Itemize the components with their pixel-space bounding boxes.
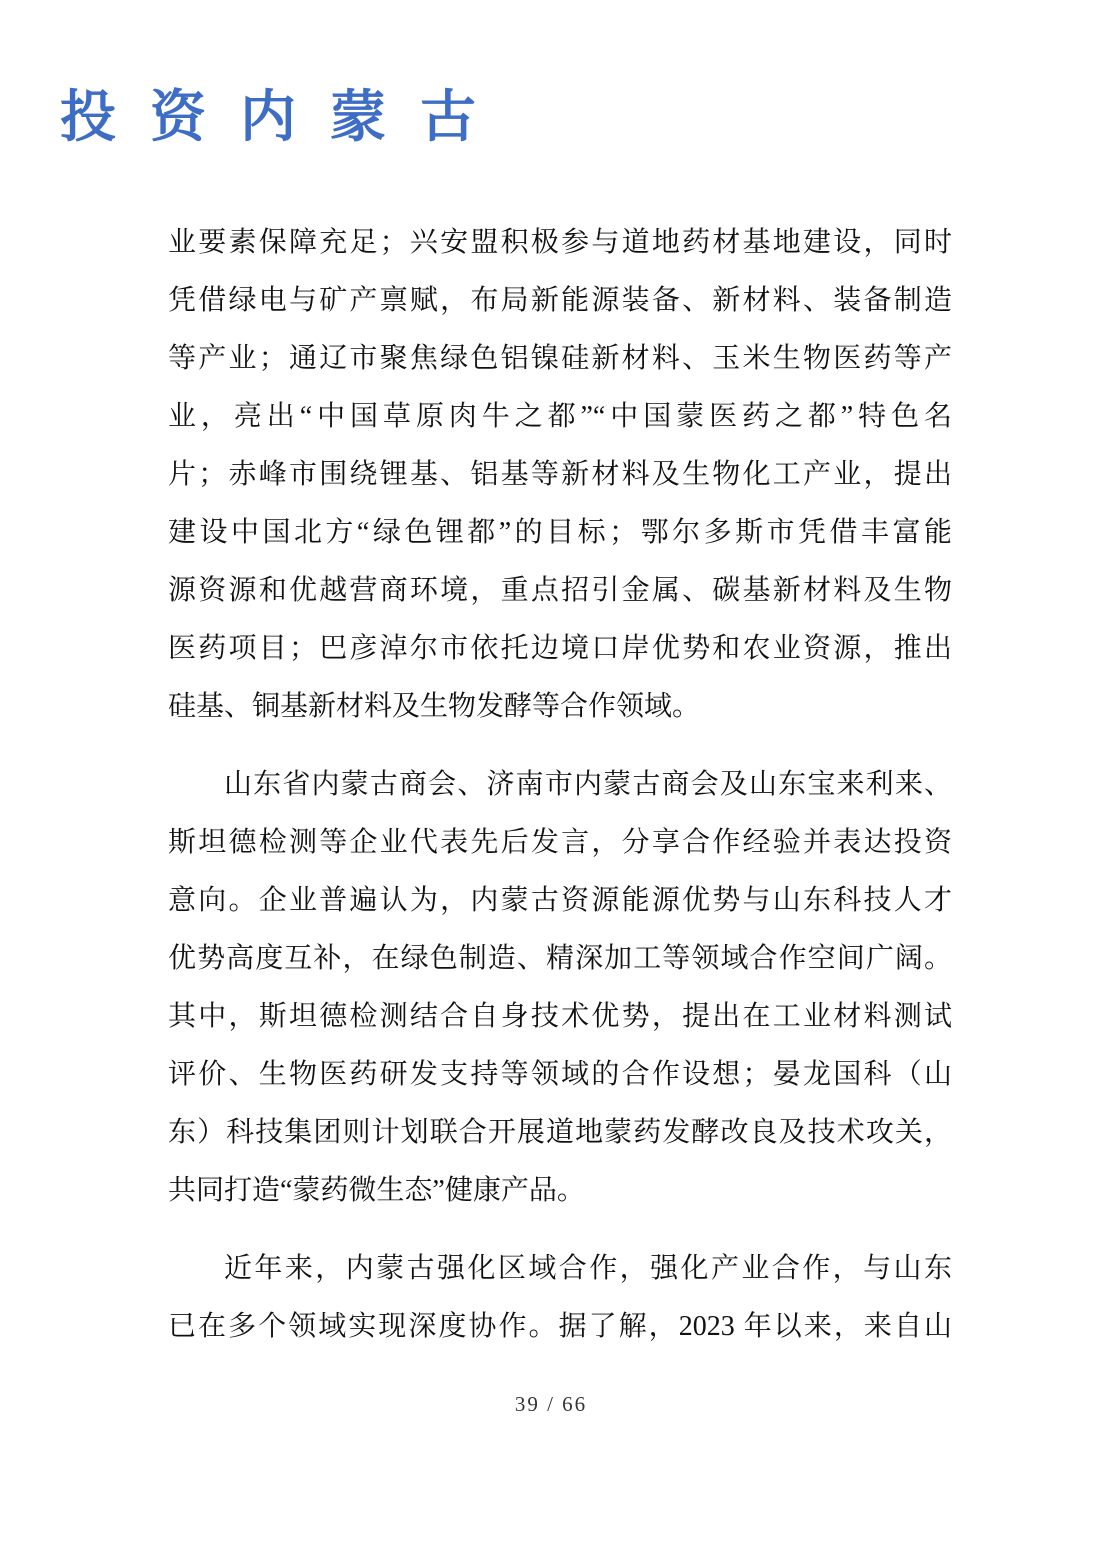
paragraph: 业要素保障充足；兴安盟积极参与道地药材基地建设，同时凭借绿电与矿产禀赋，布局新能…	[168, 214, 952, 736]
text-line: 硅基、铜基新材料及生物发酵等合作领域。	[168, 678, 952, 736]
text-line: 医药项目；巴彦淖尔市依托边境口岸优势和农业资源，推出	[168, 620, 952, 678]
text-line: 凭借绿电与矿产禀赋，布局新能源装备、新材料、装备制造	[168, 272, 952, 330]
text-line: 其中，斯坦德检测结合自身技术优势，提出在工业材料测试	[168, 988, 952, 1046]
page-number-indicator: 39 / 66	[515, 1392, 587, 1416]
text-line: 源资源和优越营商环境，重点招引金属、碳基新材料及生物	[168, 562, 952, 620]
text-line: 意向。企业普遍认为，内蒙古资源能源优势与山东科技人才	[168, 872, 952, 930]
text-line: 业要素保障充足；兴安盟积极参与道地药材基地建设，同时	[168, 214, 952, 272]
text-line: 东）科技集团则计划联合开展道地蒙药发酵改良及技术攻关，	[168, 1104, 952, 1162]
paragraph: 近年来，内蒙古强化区域合作，强化产业合作，与山东已在多个领域实现深度协作。据了解…	[168, 1240, 952, 1356]
text-line: 片；赤峰市围绕锂基、铝基等新材料及生物化工产业，提出	[168, 446, 952, 504]
text-line: 优势高度互补，在绿色制造、精深加工等领域合作空间广阔。	[168, 930, 952, 988]
text-line: 已在多个领域实现深度协作。据了解，2023 年以来，来自山	[168, 1298, 952, 1356]
text-line: 斯坦德检测等企业代表先后发言，分享合作经验并表达投资	[168, 814, 952, 872]
text-line: 建设中国北方“绿色锂都”的目标；鄂尔多斯市凭借丰富能	[168, 504, 952, 562]
document-page: 投 资 内 蒙 古 业要素保障充足；兴安盟积极参与道地药材基地建设，同时凭借绿电…	[0, 0, 1102, 1559]
text-line: 评价、生物医药研发支持等领域的合作设想；晏龙国科（山	[168, 1046, 952, 1104]
paragraph: 山东省内蒙古商会、济南市内蒙古商会及山东宝来利来、斯坦德检测等企业代表先后发言，…	[168, 756, 952, 1220]
body-text: 业要素保障充足；兴安盟积极参与道地药材基地建设，同时凭借绿电与矿产禀赋，布局新能…	[168, 214, 952, 1356]
text-line: 等产业；通辽市聚焦绿色铝镍硅新材料、玉米生物医药等产	[168, 330, 952, 388]
text-line: 共同打造“蒙药微生态”健康产品。	[168, 1162, 952, 1220]
text-line: 山东省内蒙古商会、济南市内蒙古商会及山东宝来利来、	[168, 756, 952, 814]
page-title: 投 资 内 蒙 古	[60, 88, 486, 150]
text-line: 业，亮出“中国草原肉牛之都”“中国蒙医药之都”特色名	[168, 388, 952, 446]
text-line: 近年来，内蒙古强化区域合作，强化产业合作，与山东	[168, 1240, 952, 1298]
page-footer: 39 / 66	[0, 1392, 1102, 1417]
